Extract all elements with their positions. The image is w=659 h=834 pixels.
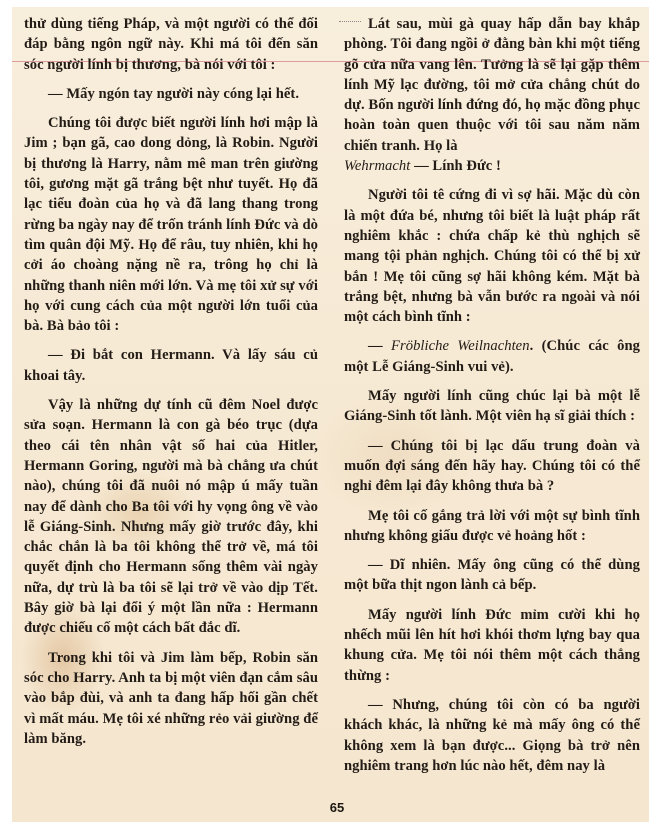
dialogue: — Fröbliche Weilnachten. (Chúc các ông m… — [344, 336, 640, 377]
paragraph: Mấy người lính Đức mỉm cười khi họ nhếch… — [344, 605, 640, 686]
paragraph: Người tôi tê cứng đi vì sợ hãi. Mặc dù c… — [344, 185, 640, 327]
paragraph-text: Lát sau, mùi gà quay hấp dẫn bay khắp ph… — [344, 16, 640, 154]
paragraph: Mẹ tôi cố gắng trả lời với một sự bình t… — [344, 506, 640, 547]
paragraph: Lát sau, mùi gà quay hấp dẫn bay khắp ph… — [344, 14, 640, 176]
paragraph: thử dùng tiếng Pháp, và một người có thể… — [24, 14, 318, 75]
right-column: Lát sau, mùi gà quay hấp dẫn bay khắp ph… — [344, 14, 640, 785]
left-column: thử dùng tiếng Pháp, và một người có thể… — [24, 14, 318, 758]
dialogue: — Nhưng, chúng tôi còn có ba người khách… — [344, 695, 640, 776]
dialogue: — Dĩ nhiên. Mấy ông cũng có thể dùng một… — [344, 555, 640, 596]
italic-greeting: Fröbliche Weilnachten — [391, 338, 530, 354]
paragraph-tail: — Lính Đức ! — [410, 158, 501, 174]
paragraph: Vậy là những dự tính cũ đêm Noel được sử… — [24, 395, 318, 639]
dialogue: — Mấy ngón tay người này cóng lại hết. — [24, 84, 318, 104]
page-number: 65 — [322, 800, 352, 815]
paragraph: Mấy người lính cũng chúc lại bà một lễ G… — [344, 386, 640, 427]
paragraph: Chúng tôi được biết người lính hơi mập l… — [24, 113, 318, 336]
dialogue: — Chúng tôi bị lạc dấu trung đoàn và muố… — [344, 436, 640, 497]
italic-term: Wehrmacht — [344, 158, 410, 174]
paragraph: Trong khi tôi và Jim làm bếp, Robin săn … — [24, 648, 318, 749]
dialogue: — Đi bắt con Hermann. Và lấy sáu củ khoa… — [24, 345, 318, 386]
